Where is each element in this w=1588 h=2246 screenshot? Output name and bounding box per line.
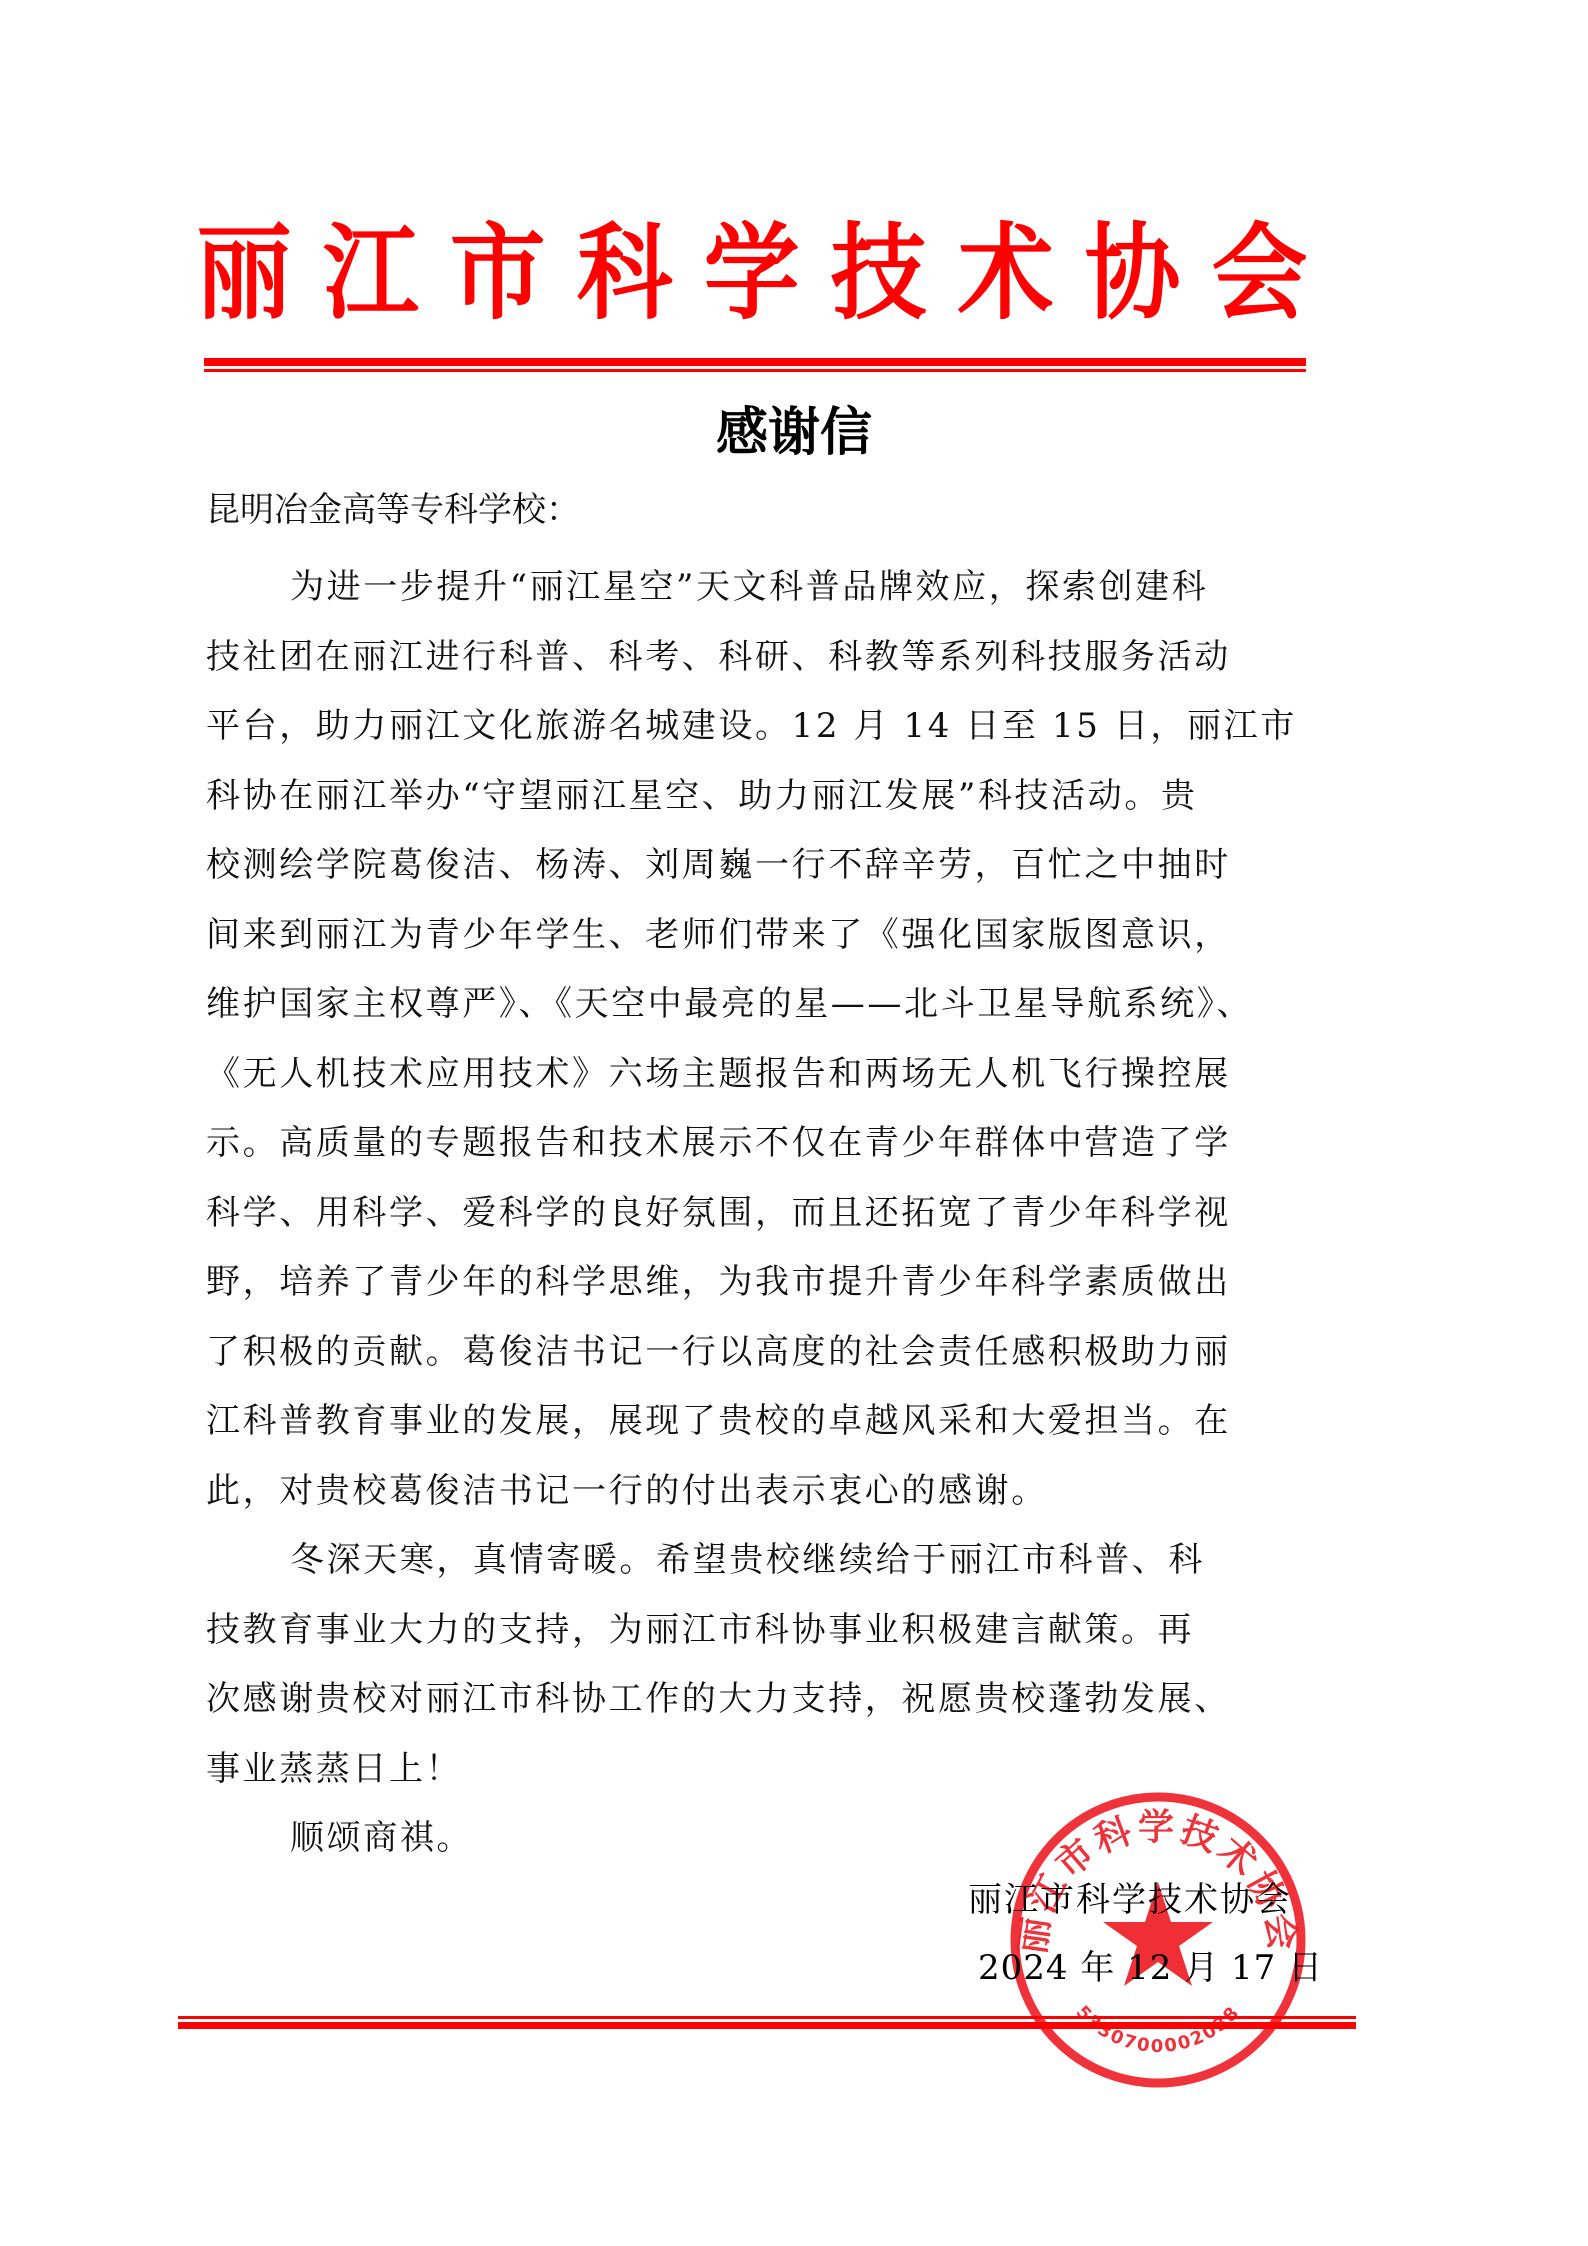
text-line: 《无人机技术应用技术》六场主题报告和两场无人机飞行操控展 <box>206 1040 1346 1110</box>
footer-rule-thin <box>178 2016 1356 2019</box>
text-line: 野，培养了青少年的科学思维，为我市提升青少年科学素质做出 <box>206 1248 1346 1318</box>
text-line: 平台，助力丽江文化旅游名城建设。12 月 14 日至 15 日，丽江市 <box>206 692 1346 762</box>
text-line: 科学、用科学、爱科学的良好氛围，而且还拓宽了青少年科学视 <box>206 1179 1346 1249</box>
letterhead-organization: 丽江市科学技术协会 <box>196 208 1282 338</box>
signature-date: 2024 年 12 月 17 日 <box>978 1940 1323 1989</box>
text-line: 维护国家主权尊严》、《天空中最亮的星——北斗卫星导航系统》、 <box>206 970 1346 1040</box>
text-line: 了积极的贡献。葛俊洁书记一行以高度的社会责任感积极助力丽 <box>206 1318 1346 1388</box>
text-line: 技教育事业大力的支持，为丽江市科协事业积极建言献策。再 <box>206 1596 1346 1666</box>
text-line: 此，对贵校葛俊洁书记一行的付出表示衷心的感谢。 <box>206 1457 1346 1527</box>
text-line: 技社团在丽江进行科普、科考、科研、科教等系列科技服务活动 <box>206 623 1346 693</box>
signature-organization: 丽江市科学技术协会 <box>968 1872 1292 1921</box>
text-line: 冬深天寒，真情寄暖。希望贵校继续给于丽江市科普、科 <box>206 1526 1346 1596</box>
svg-text:5330700002038: 5330700002038 <box>1072 2002 1245 2057</box>
text-line: 示。高质量的专题报告和技术展示不仅在青少年群体中营造了学 <box>206 1109 1346 1179</box>
text-line: 江科普教育事业的发展，展现了贵校的卓越风采和大爱担当。在 <box>206 1387 1346 1457</box>
text-line: 间来到丽江为青少年学生、老师们带来了《强化国家版图意识， <box>206 901 1346 971</box>
salutation: 昆明冶金高等专科学校： <box>206 487 580 533</box>
text-line: 次感谢贵校对丽江市科协工作的大力支持，祝愿贵校蓬勃发展、 <box>206 1665 1346 1735</box>
text-line: 科协在丽江举办“守望丽江星空、助力丽江发展”科技活动。贵 <box>206 762 1346 832</box>
document-title: 感谢信 <box>0 398 1588 468</box>
text-line: 为进一步提升“丽江星空”天文科普品牌效应，探索创建科 <box>206 553 1346 623</box>
text-line: 校测绘学院葛俊洁、杨涛、刘周巍一行不辞辛劳，百忙之中抽时 <box>206 831 1346 901</box>
header-rule-thick <box>204 358 1306 366</box>
header-rule-thin <box>204 369 1306 372</box>
paragraph-1: 为进一步提升“丽江星空”天文科普品牌效应，探索创建科 技社团在丽江进行科普、科考… <box>206 553 1346 1874</box>
footer-rule-thick <box>178 2022 1356 2029</box>
